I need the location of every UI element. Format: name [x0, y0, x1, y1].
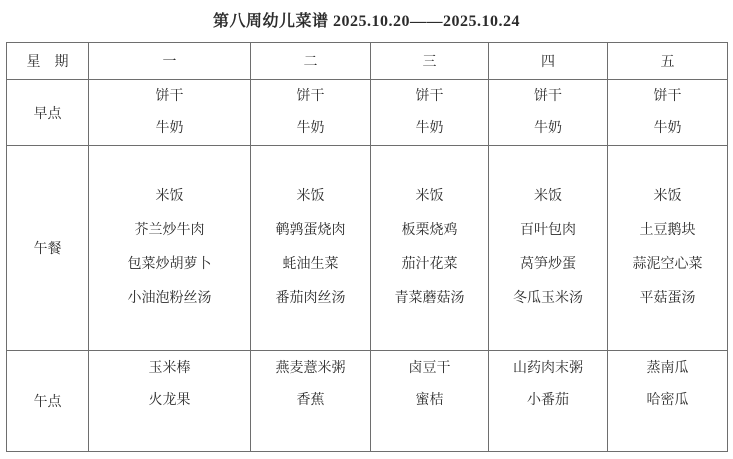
menu-item: 牛奶: [371, 113, 488, 145]
menu-item: 山药肉末粥: [489, 353, 607, 385]
menu-item: 小番茄: [489, 385, 607, 417]
header-weekday-label: 星 期: [7, 43, 89, 80]
cell-lunch-day-3: 米饭板栗烧鸡茄汁花菜青菜蘑菇汤: [371, 146, 489, 351]
menu-table: 星 期 一 二 三 四 五 早点饼干牛奶饼干牛奶饼干牛奶饼干牛奶饼干牛奶午餐米饭…: [6, 42, 728, 452]
menu-item: 米饭: [489, 180, 607, 214]
row-label-morning-snack: 早点: [7, 80, 89, 146]
cell-lunch-day-4: 米饭百叶包肉莴笋炒蛋冬瓜玉米汤: [489, 146, 608, 351]
menu-item: 牛奶: [251, 113, 370, 145]
header-day-3: 三: [371, 43, 489, 80]
menu-item: 青菜蘑菇汤: [371, 282, 488, 316]
row-afternoon-snack: 午点玉米棒火龙果燕麦薏米粥香蕉卤豆干蜜桔山药肉末粥小番茄蒸南瓜哈密瓜: [7, 351, 728, 452]
cell-afternoon-snack-day-5: 蒸南瓜哈密瓜: [608, 351, 728, 452]
menu-item: 饼干: [251, 81, 370, 113]
document-title: 第八周幼儿菜谱 2025.10.20——2025.10.24: [0, 8, 733, 31]
cell-afternoon-snack-day-3: 卤豆干蜜桔: [371, 351, 489, 452]
header-row: 星 期 一 二 三 四 五: [7, 43, 728, 80]
row-label-afternoon-snack: 午点: [7, 351, 89, 452]
menu-item: 火龙果: [89, 385, 250, 417]
menu-item: 米饭: [251, 180, 370, 214]
cell-afternoon-snack-day-1: 玉米棒火龙果: [89, 351, 251, 452]
menu-table-body: 早点饼干牛奶饼干牛奶饼干牛奶饼干牛奶饼干牛奶午餐米饭芥兰炒牛肉包菜炒胡萝卜小油泡…: [7, 80, 728, 452]
header-day-5: 五: [608, 43, 728, 80]
menu-item: 蚝油生菜: [251, 248, 370, 282]
menu-item: 芥兰炒牛肉: [89, 214, 250, 248]
cell-afternoon-snack-day-4: 山药肉末粥小番茄: [489, 351, 608, 452]
menu-item: 饼干: [371, 81, 488, 113]
menu-item: 百叶包肉: [489, 214, 607, 248]
menu-item: 哈密瓜: [608, 385, 727, 417]
menu-item: 番茄肉丝汤: [251, 282, 370, 316]
menu-item: 卤豆干: [371, 353, 488, 385]
header-day-4: 四: [489, 43, 608, 80]
cell-morning-snack-day-2: 饼干牛奶: [251, 80, 371, 146]
cell-afternoon-snack-day-2: 燕麦薏米粥香蕉: [251, 351, 371, 452]
menu-item: 蒸南瓜: [608, 353, 727, 385]
menu-item: 米饭: [608, 180, 727, 214]
menu-item: 鹌鹑蛋烧肉: [251, 214, 370, 248]
cell-morning-snack-day-5: 饼干牛奶: [608, 80, 728, 146]
menu-item: 茄汁花菜: [371, 248, 488, 282]
cell-morning-snack-day-1: 饼干牛奶: [89, 80, 251, 146]
menu-item: 牛奶: [489, 113, 607, 145]
row-morning-snack: 早点饼干牛奶饼干牛奶饼干牛奶饼干牛奶饼干牛奶: [7, 80, 728, 146]
menu-item: 米饭: [371, 180, 488, 214]
menu-item: 饼干: [489, 81, 607, 113]
menu-item: 蜜桔: [371, 385, 488, 417]
menu-item: 玉米棒: [89, 353, 250, 385]
menu-item: 小油泡粉丝汤: [89, 282, 250, 316]
menu-item: 平菇蛋汤: [608, 282, 727, 316]
cell-lunch-day-5: 米饭土豆鹅块蒜泥空心菜平菇蛋汤: [608, 146, 728, 351]
header-day-1: 一: [89, 43, 251, 80]
menu-item: 莴笋炒蛋: [489, 248, 607, 282]
menu-item: 包菜炒胡萝卜: [89, 248, 250, 282]
menu-item: 蒜泥空心菜: [608, 248, 727, 282]
cell-lunch-day-1: 米饭芥兰炒牛肉包菜炒胡萝卜小油泡粉丝汤: [89, 146, 251, 351]
menu-item: 香蕉: [251, 385, 370, 417]
header-day-2: 二: [251, 43, 371, 80]
menu-item: 土豆鹅块: [608, 214, 727, 248]
cell-morning-snack-day-3: 饼干牛奶: [371, 80, 489, 146]
menu-item: 板栗烧鸡: [371, 214, 488, 248]
cell-lunch-day-2: 米饭鹌鹑蛋烧肉蚝油生菜番茄肉丝汤: [251, 146, 371, 351]
menu-item: 牛奶: [89, 113, 250, 145]
cell-morning-snack-day-4: 饼干牛奶: [489, 80, 608, 146]
menu-item: 牛奶: [608, 113, 727, 145]
menu-item: 米饭: [89, 180, 250, 214]
menu-item: 饼干: [89, 81, 250, 113]
menu-item: 饼干: [608, 81, 727, 113]
menu-item: 冬瓜玉米汤: [489, 282, 607, 316]
row-lunch: 午餐米饭芥兰炒牛肉包菜炒胡萝卜小油泡粉丝汤米饭鹌鹑蛋烧肉蚝油生菜番茄肉丝汤米饭板…: [7, 146, 728, 351]
menu-item: 燕麦薏米粥: [251, 353, 370, 385]
row-label-lunch: 午餐: [7, 146, 89, 351]
